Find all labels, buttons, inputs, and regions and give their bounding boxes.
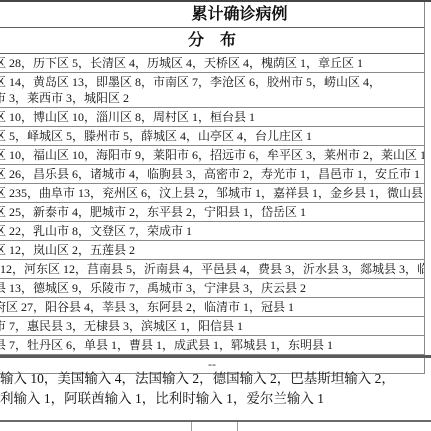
- table-row-zaozhuang: 区 5，峄城区 5，滕州市 5，薛城区 4，山亭区 4，台儿庄区 1: [0, 127, 424, 146]
- table-title: 累计确诊病例: [0, 2, 424, 28]
- table-bottom-border: [0, 355, 431, 358]
- table-row-dezhou: 县 13，德城区 9，乐陵市 7，禹城市 3，宁津县 3，庆云县 2: [0, 279, 424, 298]
- row-line: 县 13，德城区 9，乐陵市 7，禹城市 3，宁津县 3，庆云县 2: [0, 280, 424, 296]
- table-row-yantai: 区 10，福山区 10，海阳市 9，莱阳市 6，招远市 6，牟平区 3，莱州市 …: [0, 146, 424, 165]
- row-line: 区 10，福山区 10，海阳市 9，莱阳市 6，招远市 6，牟平区 3，莱州市 …: [0, 147, 424, 163]
- row-line: 市 3，莱西市 3，城阳区 2: [0, 90, 424, 106]
- cumulative-cases-table: 累计确诊病例 分 布 区 28，历下区 5，长清区 4，历城区 4，天桥区 4，…: [0, 2, 425, 374]
- table-row-jining: 区 235，曲阜市 13，兖州区 6，汶上县 2，邹城市 1，嘉祥县 1，金乡县…: [0, 184, 424, 203]
- next-table-top-border: [0, 420, 431, 422]
- next-table-column-divider: [191, 422, 192, 431]
- row-line: 区 28，历下区 5，长清区 4，历城区 4，天桥区 4，槐荫区 1，章丘区 1: [0, 55, 424, 71]
- table-row-jinan: 区 28，历下区 5，长清区 4，历城区 4，天桥区 4，槐荫区 1，章丘区 1: [0, 54, 424, 73]
- imported-line: 利输入 1，阿联酋输入 1，比利时输入 1，爱尔兰输入 1: [0, 389, 431, 409]
- table-row-taian: 区 25，新泰市 4，肥城市 2，东平县 2，宁阳县 1，岱岳区 1: [0, 203, 424, 222]
- table-row-zibo: 区 10，博山区 10，淄川区 8，周村区 1，桓台县 1: [0, 108, 424, 127]
- row-line: 区 12，岚山区 2，五莲县 2: [0, 242, 424, 258]
- next-table-column-divider: [237, 422, 238, 431]
- table-row-qingdao: 区 14，黄岛区 13，即墨区 8，市南区 7，李沧区 6，胶州市 5，崂山区 …: [0, 73, 424, 108]
- imported-line: 输入 10，美国输入 4，法国输入 2，德国输入 2，巴基斯坦输入 2，: [0, 369, 431, 389]
- table-row-binzhou: 市 7，惠民县 3，无棣县 3，滨城区 1，阳信县 1: [0, 317, 424, 336]
- table-row-liaocheng: 府区 27，阳谷县 4，莘县 3，东阿县 2，临清市 1，冠县 1: [0, 298, 424, 317]
- row-line: 市 7，惠民县 3，无棣县 3，滨城区 1，阳信县 1: [0, 318, 424, 334]
- row-line: 府区 27，阳谷县 4，莘县 3，东阿县 2，临清市 1，冠县 1: [0, 299, 424, 315]
- row-line: 区 235，曲阜市 13，兖州区 6，汶上县 2，邹城市 1，嘉祥县 1，金乡县…: [0, 185, 424, 201]
- table-row-linyi: 12，河东区 12，莒南县 5，沂南县 4，平邑县 4，费县 3，沂水县 3，郯…: [0, 260, 424, 279]
- row-line: 12，河东区 12，莒南县 5，沂南县 4，平邑县 4，费县 3，沂水县 3，郯…: [0, 261, 424, 277]
- row-line: 区 10，博山区 10，淄川区 8，周村区 1，桓台县 1: [0, 109, 424, 125]
- table-row-weifang: 区 26，昌乐县 6，诸城市 4，临朐县 3，高密市 2，寿光市 1，昌邑市 1…: [0, 165, 424, 184]
- report-page: 累计确诊病例 分 布 区 28，历下区 5，长清区 4，历城区 4，天桥区 4，…: [0, 0, 431, 431]
- table-row-rizhao: 区 12，岚山区 2，五莲县 2: [0, 241, 424, 260]
- distribution-header: 分 布: [0, 28, 424, 54]
- row-line: 区 14，黄岛区 13，即墨区 8，市南区 7，李沧区 6，胶州市 5，崂山区 …: [0, 74, 424, 90]
- row-line: 县 7，牡丹区 6，单县 1，曹县 1，成武县 1，郓城县 1，东明县 1: [0, 337, 424, 353]
- table-row-heze: 县 7，牡丹区 6，单县 1，曹县 1，成武县 1，郓城县 1，东明县 1: [0, 336, 424, 355]
- imported-cases-section: 输入 10，美国输入 4，法国输入 2，德国输入 2，巴基斯坦输入 2， 利输入…: [0, 369, 431, 409]
- table-row-weihai: 区 22，乳山市 8，文登区 7，荣成市 1: [0, 222, 424, 241]
- row-line: 区 5，峄城区 5，滕州市 5，薛城区 4，山亭区 4，台儿庄区 1: [0, 128, 424, 144]
- row-line: 区 26，昌乐县 6，诸城市 4，临朐县 3，高密市 2，寿光市 1，昌邑市 1…: [0, 166, 424, 182]
- row-line: 区 22，乳山市 8，文登区 7，荣成市 1: [0, 223, 424, 239]
- row-line: 区 25，新泰市 4，肥城市 2，东平县 2，宁阳县 1，岱岳区 1: [0, 204, 424, 220]
